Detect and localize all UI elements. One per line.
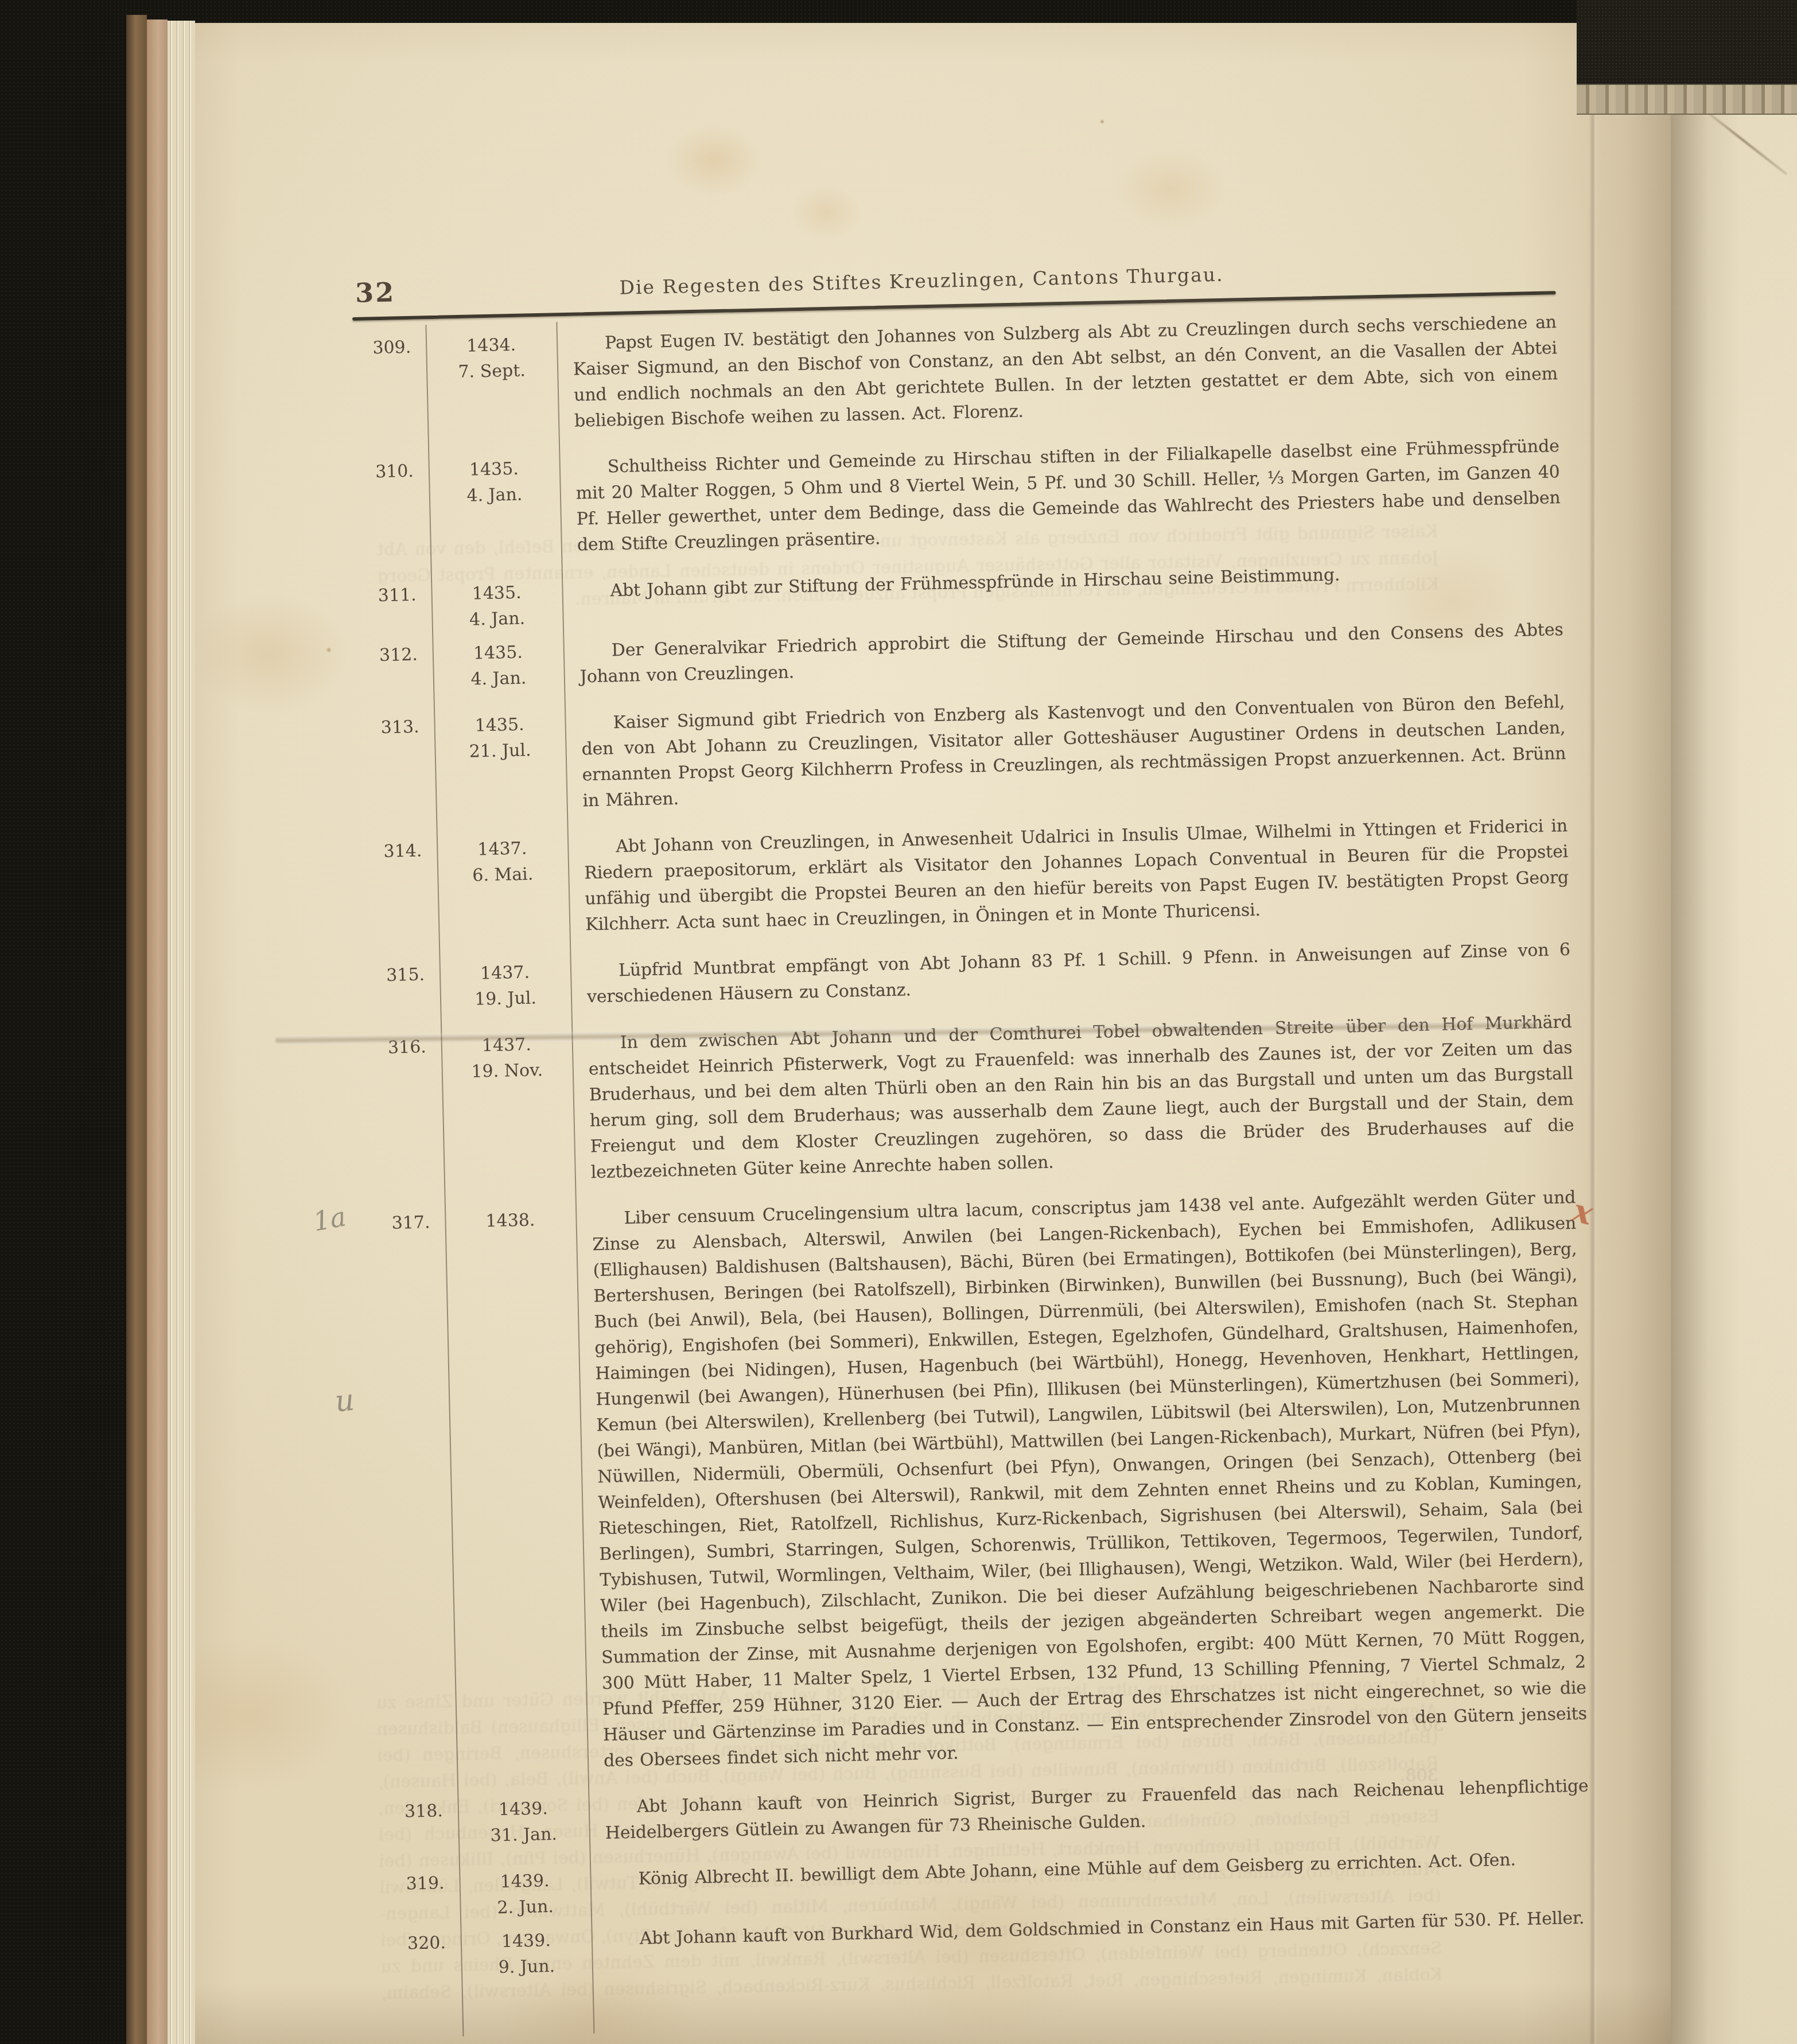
entry-text: Kaiser Sigmund gibt Friedrich von Enzber… — [565, 689, 1567, 814]
entry-text: Abt Johann von Creuzlingen, in Anwesenhe… — [567, 813, 1570, 938]
entry-year: 1435. — [431, 579, 562, 608]
entry-text: König Albrecht II. bewilligt dem Abte Jo… — [590, 1846, 1590, 1893]
entry-date: 1439. 2. Jun. — [459, 1867, 591, 1922]
pencil-margin-note: 1a — [311, 1201, 348, 1237]
entry-year: 1435. — [432, 638, 563, 667]
entry-number: 319. — [386, 1870, 460, 1898]
entry-day: 4. Jan. — [433, 664, 564, 693]
regest-entry: 314. 1437. 6. Mai. Abt Johann von Creuzl… — [364, 813, 1569, 943]
entry-number: 312. — [359, 641, 433, 669]
entry-date: 1435. 21. Jul. — [434, 711, 566, 765]
book-cover-edge — [126, 15, 147, 2044]
entry-text: Abt Johann gibt zur Stiftung der Frühmes… — [562, 557, 1562, 605]
entry-date: 1439. 31. Jan. — [457, 1795, 589, 1850]
entry-day: 2. Jun. — [460, 1893, 591, 1922]
entry-text: Der Generalvikar Friedrich approbirt die… — [563, 617, 1564, 690]
entry-year: 1439. — [459, 1867, 590, 1896]
regest-entry: 317. 1438. Liber censuum Crucelingensium… — [372, 1185, 1588, 1779]
entry-day: 19. Jul. — [440, 984, 571, 1013]
entry-text: Papst Eugen IV. bestätigt den Johannes v… — [557, 309, 1559, 434]
entry-text: Abt Johann kauft von Heinrich Sigrist, B… — [588, 1773, 1589, 1847]
entry-number: 311. — [358, 582, 431, 609]
entry-day: 6. Mai. — [437, 861, 569, 889]
entry-number: 310. — [355, 458, 429, 485]
entry-year: 1439. — [460, 1927, 592, 1956]
vertical-paper-crease — [1589, 23, 1596, 2044]
pencil-margin-note: u — [333, 1383, 356, 1419]
entry-date: 1437. 6. Mai. — [437, 835, 569, 889]
entry-date: 1435. 4. Jan. — [432, 638, 564, 693]
page-number: 32 — [355, 277, 396, 309]
entry-day: 4. Jan. — [431, 605, 563, 633]
binding-cloth — [1577, 0, 1797, 86]
entry-year: 1439. — [457, 1795, 589, 1824]
entry-day: 19. Nov. — [441, 1057, 573, 1085]
entry-number: 320. — [387, 1930, 461, 1957]
entry-day: 21. Jul. — [434, 737, 566, 765]
regest-entry: 315. 1437. 19. Jul. Lüpfrid Muntbrat emp… — [367, 937, 1571, 1015]
regest-entry: 310. 1435. 4. Jan. Schultheiss Richter u… — [355, 433, 1561, 563]
entry-year: 1438. — [445, 1206, 576, 1235]
entry-date: 1434. 7. Sept. — [426, 331, 558, 386]
entry-date: 1435. 4. Jan. — [428, 455, 560, 509]
facing-page-gutter — [1671, 23, 1797, 2044]
regest-entry: 309. 1434. 7. Sept. Papst Eugen IV. best… — [353, 309, 1558, 439]
entry-date: 1437. 19. Jul. — [439, 959, 571, 1013]
stacked-page-edges — [168, 21, 195, 2044]
entry-year: 1434. — [426, 331, 557, 360]
entry-date: 1438. — [445, 1206, 576, 1235]
binding-headband — [1577, 84, 1797, 115]
regest-entry: 313. 1435. 21. Jul. Kaiser Sigmund gibt … — [361, 689, 1566, 819]
entry-text: Lüpfrid Muntbrat empfängt von Abt Johann… — [570, 937, 1572, 1010]
entry-year: 1435. — [428, 455, 559, 484]
book-page-recto: Kaiser Sigmund gibt Friedrich von Enzber… — [195, 23, 1671, 2044]
entry-year: 1435. — [434, 711, 565, 739]
regesta-table: 309. 1434. 7. Sept. Papst Eugen IV. best… — [352, 300, 1593, 2038]
entry-day: 9. Jun. — [461, 1953, 592, 1981]
entry-text: Liber censuum Crucelingensium ultra lacu… — [575, 1185, 1588, 1774]
entry-text: Schultheiss Richter und Gemeinde zu Hirs… — [559, 433, 1561, 558]
entry-year: 1437. — [439, 959, 571, 987]
entry-number: 318. — [384, 1798, 458, 1825]
entry-number: 315. — [367, 961, 440, 989]
entry-date: 1435. 4. Jan. — [431, 579, 563, 633]
entry-number: 313. — [361, 714, 434, 741]
entry-day: 4. Jan. — [429, 481, 560, 509]
regest-entry: 318. 1439. 31. Jan. Abt Johann kauft von… — [384, 1773, 1589, 1851]
printed-content: 32 Die Regesten des Stiftes Kreuzlingen,… — [351, 236, 1593, 2038]
scanned-book-page: Kaiser Sigmund gibt Friedrich von Enzber… — [0, 0, 1797, 2044]
page-deckle-edge — [147, 20, 168, 2044]
entry-day: 7. Sept. — [426, 357, 558, 386]
entry-year: 1437. — [437, 835, 568, 863]
running-header-title: Die Regesten des Stiftes Kreuzlingen, Ca… — [351, 238, 1491, 305]
entry-number: 314. — [364, 838, 437, 865]
entry-number: 309. — [353, 334, 426, 361]
entry-day: 31. Jan. — [458, 1821, 589, 1850]
entry-date: 1439. 9. Jun. — [460, 1927, 592, 1981]
entry-number: 317. — [372, 1209, 445, 1237]
